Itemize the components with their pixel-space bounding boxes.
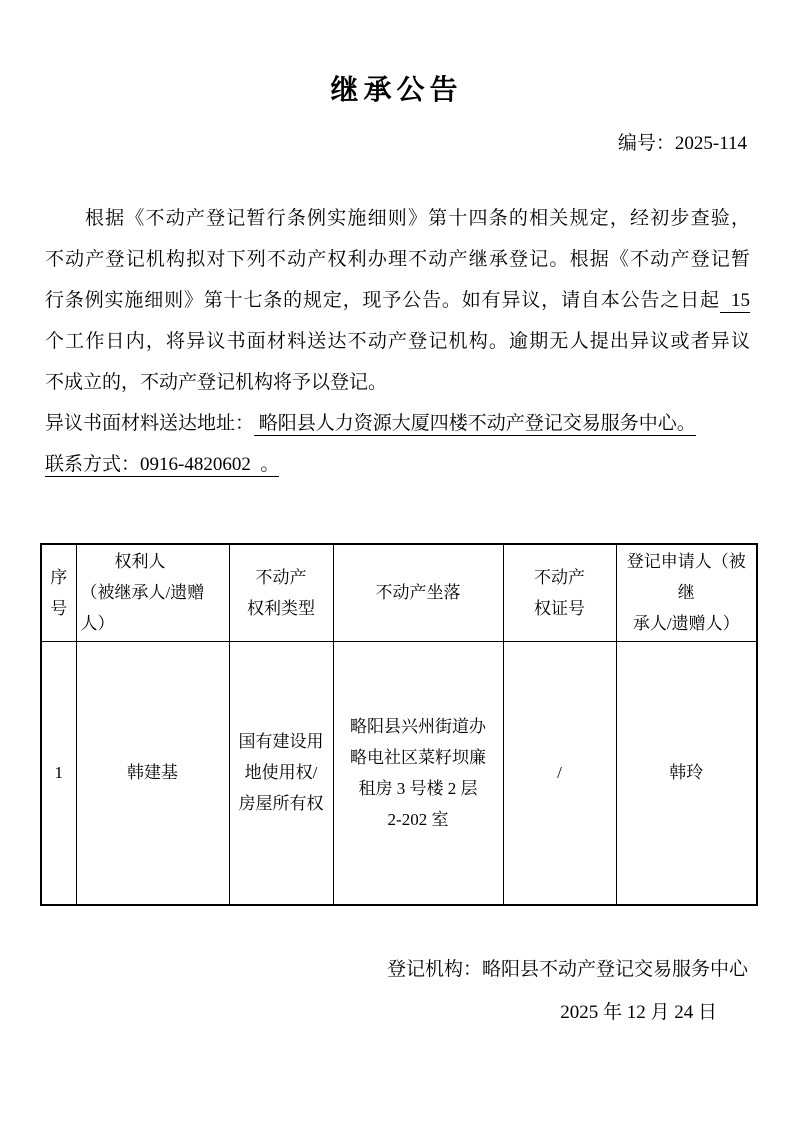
cell-right-type: 国有建设用 地使用权/ 房屋所有权	[229, 641, 333, 905]
body-line-5: 不成立的，不动产登记机构将予以登记。	[45, 362, 750, 403]
document-footer: 登记机构：略阳县不动产登记交易服务中心 2025 年 12 月 24 日	[0, 958, 793, 1025]
col-header-applicant: 登记申请人（被继 承人/遗赠人）	[616, 544, 757, 641]
cell-applicant: 韩玲	[616, 641, 757, 905]
body-line-4: 个工作日内，将异议书面材料送达不动产登记机构。逾期无人提出异议或者异议	[45, 321, 750, 362]
delivery-address-label: 异议书面材料送达地址：	[45, 413, 254, 434]
body-line-6: 异议书面材料送达地址： 略阳县人力资源大厦四楼不动产登记交易服务中心。	[45, 403, 750, 444]
announcement-body: 根据《不动产登记暂行条例实施细则》第十四条的相关规定，经初步查验， 不动产登记机…	[45, 198, 750, 485]
deadline-days-underlined: 15	[720, 290, 750, 313]
body-line-2-text: 不动产登记机构拟对下列不动产权利办理不动产继承登记。根据《不动产登记暂	[45, 249, 750, 270]
body-line-4-text: 个工作日内，将异议书面材料送达不动产登记机构。逾期无人提出异议或者异议	[45, 331, 750, 352]
cell-obligee: 韩建基	[76, 641, 229, 905]
body-line-3-text: 行条例实施细则》第十七条的规定，现予公告。如有异议，请自本公告之日起	[45, 290, 720, 311]
table-header-row: 序 号 权利人 （被继承人/遗赠 人） 不动产 权利类型 不动产坐落 不动产 权…	[41, 544, 757, 641]
body-line-2: 不动产登记机构拟对下列不动产权利办理不动产继承登记。根据《不动产登记暂	[45, 239, 750, 280]
cell-seq: 1	[41, 641, 76, 905]
col-header-seq: 序 号	[41, 544, 76, 641]
table-row: 1 韩建基 国有建设用 地使用权/ 房屋所有权 略阳县兴州街道办 略电社区菜籽坝…	[41, 641, 757, 905]
cell-cert-no: /	[503, 641, 616, 905]
inheritance-table: 序 号 权利人 （被继承人/遗赠 人） 不动产 权利类型 不动产坐落 不动产 权…	[40, 543, 758, 906]
page-title: 继承公告	[0, 0, 793, 106]
document-page: 继承公告 编号：2025-114 根据《不动产登记暂行条例实施细则》第十四条的相…	[0, 0, 793, 1122]
body-line-1: 根据《不动产登记暂行条例实施细则》第十四条的相关规定，经初步查验，	[45, 198, 750, 239]
announcement-date: 2025 年 12 月 24 日	[0, 1001, 793, 1025]
body-line-3: 行条例实施细则》第十七条的规定，现予公告。如有异议，请自本公告之日起 15	[45, 280, 750, 321]
registration-agency: 登记机构：略阳县不动产登记交易服务中心	[0, 958, 793, 982]
contact-phone-line: 联系方式：0916-4820602 。	[45, 454, 279, 477]
cell-location: 略阳县兴州街道办 略电社区菜籽坝廉 租房 3 号楼 2 层 2-202 室	[333, 641, 503, 905]
body-line-5-text: 不成立的，不动产登记机构将予以登记。	[45, 372, 387, 393]
body-line-7: 联系方式：0916-4820602 。	[45, 444, 750, 485]
body-line-1-text: 根据《不动产登记暂行条例实施细则》第十四条的相关规定，经初步查验，	[85, 208, 750, 229]
col-header-right-type: 不动产 权利类型	[229, 544, 333, 641]
col-header-cert-no: 不动产 权证号	[503, 544, 616, 641]
delivery-address-value: 略阳县人力资源大厦四楼不动产登记交易服务中心。	[254, 413, 696, 436]
col-header-obligee: 权利人 （被继承人/遗赠 人）	[76, 544, 229, 641]
doc-number: 编号：2025-114	[0, 132, 793, 156]
col-header-location: 不动产坐落	[333, 544, 503, 641]
